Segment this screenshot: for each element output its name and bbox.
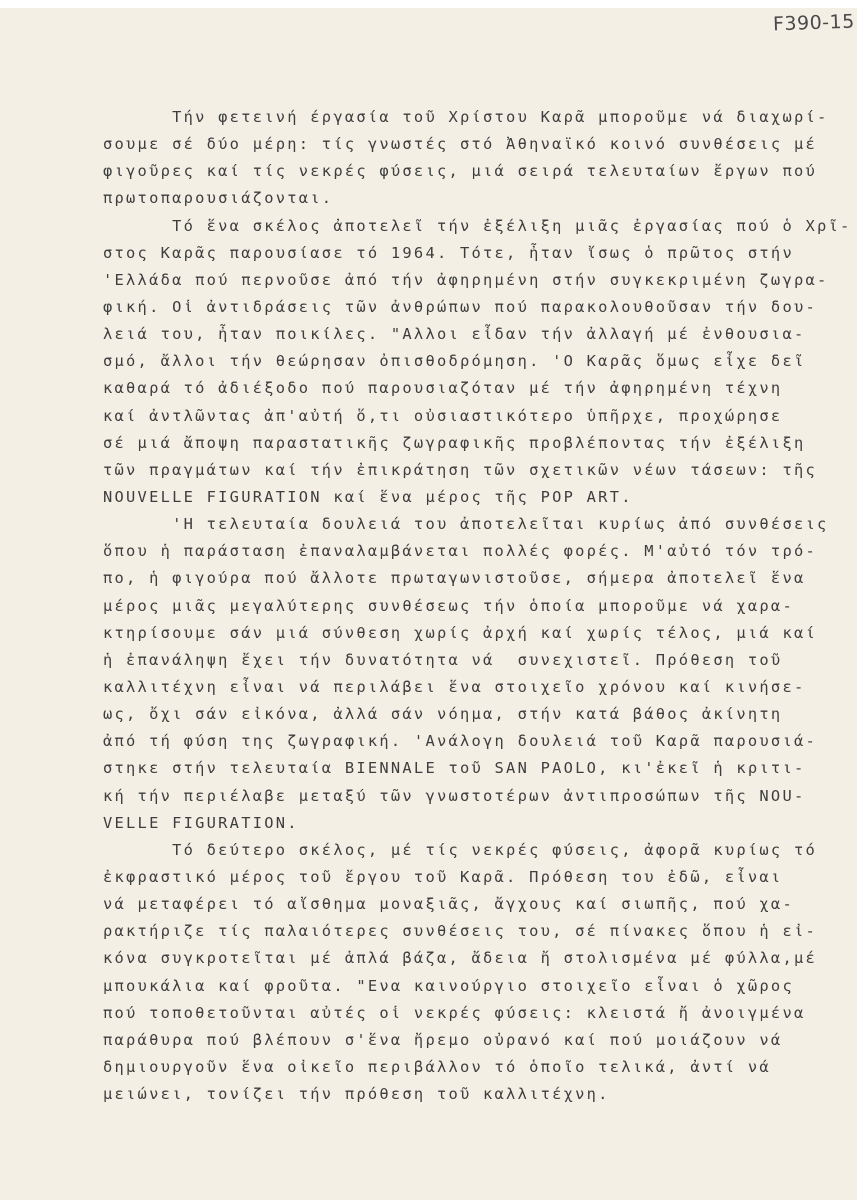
text-line: παράθυρα πού βλέπουν σ'ἕνα ἤρεμο οὐρανό … — [103, 1027, 843, 1054]
text-line: κόνα συγκροτεῖται μέ ἁπλά βάζα, ἄδεια ἤ … — [103, 945, 843, 972]
text-line: μειώνει, τονίζει τήν πρόθεση τοῦ καλλιτέ… — [103, 1081, 843, 1108]
text-line: Τήν φετεινή έργασία τοῦ Χρίστου Καρᾶ μπο… — [103, 104, 843, 131]
text-line: φιγοῦρες καί τίς νεκρές φύσεις, μιά σειρ… — [103, 158, 843, 185]
text-line: καί ἀντλῶντας ἀπ'αὐτή ὅ,τι οὐσιαστικότερ… — [103, 403, 843, 430]
text-line: σέ μιά ἄποψη παραστατικῆς ζωγραφικῆς προ… — [103, 430, 843, 457]
text-line: κή τήν περιέλαβε μεταξύ τῶν γνωστοτέρων … — [103, 783, 843, 810]
text-line: λειά του, ἦταν ποικίλες. "Αλλοι εἶδαν τή… — [103, 321, 843, 348]
text-line: καθαρά τό ἀδιέξοδο πού παρουσιαζόταν μέ … — [103, 375, 843, 402]
text-line: τῶν πραγμάτων καί τήν ἐπικράτηση τῶν σχε… — [103, 457, 843, 484]
text-line: ἐκφραστικό μέρος τοῦ ἔργου τοῦ Καρᾶ. Πρό… — [103, 864, 843, 891]
text-line: VELLE FIGURATION. — [103, 810, 843, 837]
text-line: σουμε σέ δύο μέρη: τίς γνωστές στό Ἀθηνα… — [103, 131, 843, 158]
text-line: στηκε στήν τελευταία BIENNALE τοῦ SAN PA… — [103, 755, 843, 782]
document-body: Τήν φετεινή έργασία τοῦ Χρίστου Καρᾶ μπο… — [103, 104, 843, 1108]
text-line: καλλιτέχνη εἶναι νά περιλάβει ἕνα στοιχε… — [103, 674, 843, 701]
text-line: κτηρίσουμε σάν μιά σύνθεση χωρίς ἀρχή κα… — [103, 620, 843, 647]
text-line: Τό ἕνα σκέλος ἀποτελεῖ τήν ἐξέλιξη μιᾶς … — [103, 213, 843, 240]
handwritten-archive-code: F390-15 — [773, 11, 855, 36]
text-line: ἡ ἐπανάληψη ἔχει τήν δυνατότητα νά συνεχ… — [103, 647, 843, 674]
text-line: μέρος μιᾶς μεγαλύτερης συνθέσεως τήν ὁπο… — [103, 593, 843, 620]
text-line: νά μεταφέρει τό αἴσθημα μοναξιᾶς, ἄγχους… — [103, 891, 843, 918]
text-line: πο, ἡ φιγούρα πού ἄλλοτε πρωταγωνιστοῦσε… — [103, 565, 843, 592]
text-line: σμό, ἄλλοι τήν θεώρησαν ὀπισθοδρόμηση. '… — [103, 348, 843, 375]
text-line: ἀπό τή φύση της ζωγραφική. 'Ανάλογη δουλ… — [103, 728, 843, 755]
text-line: ρακτήριζε τίς παλαιότερες συνθέσεις του,… — [103, 918, 843, 945]
text-line: 'Η τελευταία δουλειά του ἀποτελεῖται κυρ… — [103, 511, 843, 538]
text-line: ως, ὄχι σάν εἰκόνα, ἀλλά σάν νόημα, στήν… — [103, 701, 843, 728]
text-line: 'Ελλάδα πού περνοῦσε ἀπό τήν ἀφηρημένη σ… — [103, 267, 843, 294]
text-line: στος Καρᾶς παρουσίασε τό 1964. Τότε, ἦτα… — [103, 240, 843, 267]
text-line: NOUVELLE FIGURATION καί ἕνα μέρος τῆς PO… — [103, 484, 843, 511]
text-line: πού τοποθετοῦνται αὐτές οἱ νεκρές φύσεις… — [103, 1000, 843, 1027]
text-line: ὅπου ἡ παράσταση ἐπαναλαμβάνεται πολλές … — [103, 538, 843, 565]
text-line: πρωτοπαρουσιάζονται. — [103, 185, 843, 212]
text-line: δημιουργοῦν ἕνα οἰκεῖο περιβάλλον τό ὁπο… — [103, 1054, 843, 1081]
text-line: φική. Οἱ ἀντιδράσεις τῶν ἀνθρώπων πού πα… — [103, 294, 843, 321]
text-line: μπουκάλια καί φροῦτα. "Ενα καινούργιο στ… — [103, 973, 843, 1000]
text-line: Τό δεύτερο σκέλος, μέ τίς νεκρές φύσεις,… — [103, 837, 843, 864]
